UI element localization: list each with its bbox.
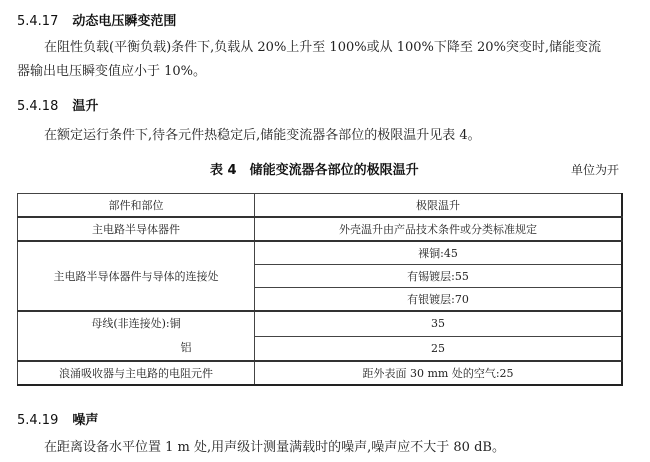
temperature-rise-table: 部件和部位 极限温升 主电路半导体器件 外壳温升由产品技术条件或分类标准规定 主…	[17, 193, 623, 386]
paragraph-line: 在距离设备水平位置 1 m 处,用声级计测量满载时的噪声,噪声应不大于 80 d…	[44, 436, 505, 460]
section-title: 噪声	[72, 413, 98, 428]
cell-value: 有锡镀层:55	[255, 265, 623, 288]
section-heading-5-4-18: 5.4.18温升	[17, 95, 98, 114]
section-title: 温升	[72, 99, 98, 114]
section-number: 5.4.18	[17, 99, 58, 114]
table-row: 主电路半导体器件与导体的连接处 裸铜:45	[18, 241, 623, 265]
cell-part-line: 铝	[18, 336, 254, 360]
table-caption: 表 4 储能变流器各部位的极限温升	[210, 159, 419, 178]
cell-value: 距外表面 30 mm 处的空气:25	[255, 361, 623, 385]
paragraph-line: 器输出电压瞬变值应小于 10%。	[17, 60, 206, 84]
paragraph-line: 在额定运行条件下,待各元件热稳定后,储能变流器各部位的极限温升见表 4。	[44, 124, 481, 148]
paragraph-line: 在阻性负载(平衡负载)条件下,负载从 20%上升至 100%或从 100%下降至…	[44, 36, 601, 60]
cell-value: 外壳温升由产品技术条件或分类标准规定	[255, 217, 623, 241]
table-header-row: 部件和部位 极限温升	[18, 194, 623, 218]
table-row: 母线(非连接处):铜 铝 35	[18, 311, 623, 336]
cell-value: 裸铜:45	[255, 241, 623, 265]
cell-value: 有银镀层:70	[255, 288, 623, 312]
cell-part: 主电路半导体器件	[18, 217, 255, 241]
section-heading-5-4-19: 5.4.19噪声	[17, 409, 98, 428]
cell-value: 35	[255, 311, 623, 336]
section-number: 5.4.17	[17, 14, 58, 29]
table-unit: 单位为开	[571, 161, 619, 178]
header-cell-part: 部件和部位	[18, 194, 255, 218]
cell-part-busbar: 母线(非连接处):铜 铝	[18, 311, 255, 361]
cell-part: 浪涌吸收器与主电路的电阻元件	[18, 361, 255, 385]
table-row: 主电路半导体器件 外壳温升由产品技术条件或分类标准规定	[18, 217, 623, 241]
cell-part: 主电路半导体器件与导体的连接处	[18, 241, 255, 311]
cell-part-line: 母线(非连接处):铜	[18, 312, 254, 336]
header-cell-limit: 极限温升	[255, 194, 623, 218]
table-row: 浪涌吸收器与主电路的电阻元件 距外表面 30 mm 处的空气:25	[18, 361, 623, 385]
section-number: 5.4.19	[17, 413, 58, 428]
cell-value: 25	[255, 336, 623, 361]
section-title: 动态电压瞬变范围	[72, 14, 176, 29]
section-heading-5-4-17: 5.4.17动态电压瞬变范围	[17, 10, 176, 29]
